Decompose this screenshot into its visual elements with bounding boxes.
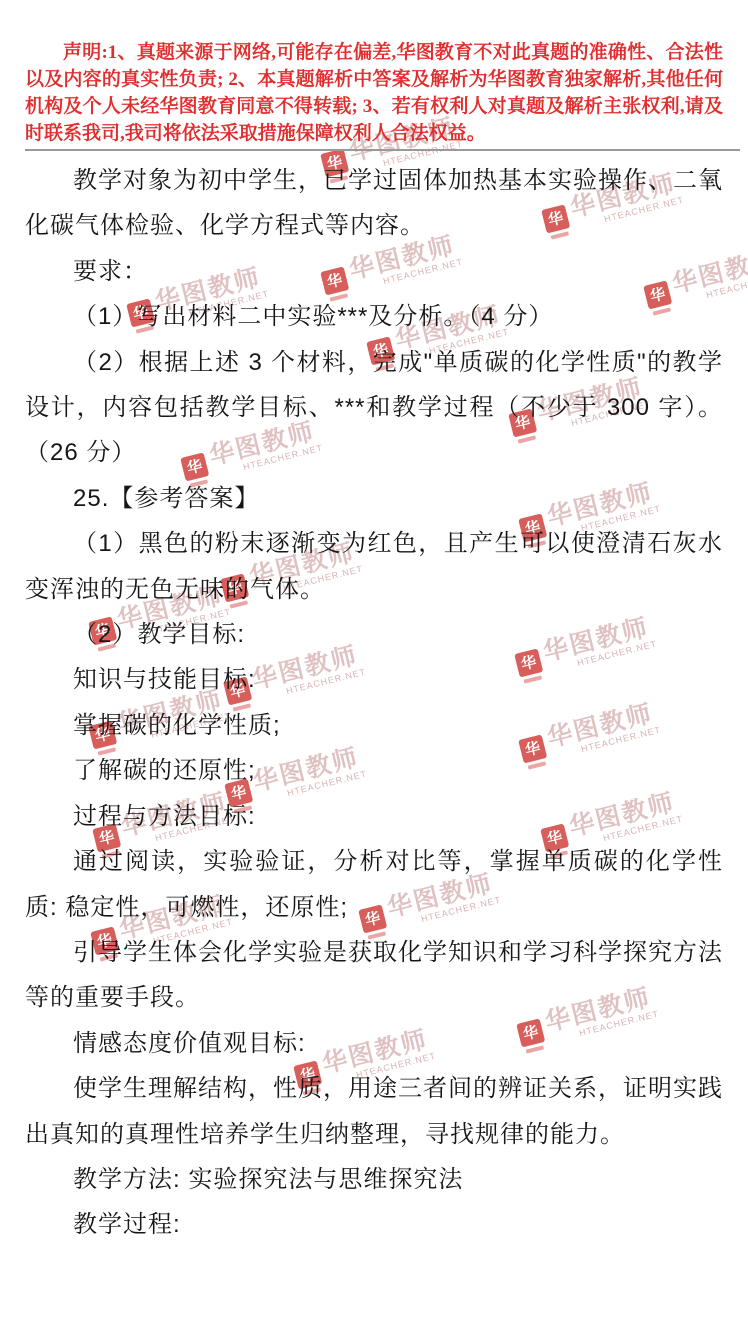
- document-body: 声明:1、真题来源于网络,可能存在偏差,华图教育不对此真题的准确性、合法性以及内…: [0, 39, 748, 1248]
- para-teaching-method: 教学方法: 实验探究法与思维探究法: [25, 1157, 723, 1202]
- disclaimer: 声明:1、真题来源于网络,可能存在偏差,华图教育不对此真题的准确性、合法性以及内…: [25, 39, 723, 147]
- para-teaching-audience: 教学对象为初中学生，已学过固体加热基本实验操作、二氧化碳气体检验、化学方程式等内…: [25, 158, 723, 249]
- para-process-method-goal: 过程与方法目标:: [25, 794, 723, 839]
- disclaimer-text: 1、真题来源于网络,可能存在偏差,华图教育不对此真题的准确性、合法性以及内容的真…: [25, 42, 723, 144]
- para-method-detail: 通过阅读，实验验证，分析对比等，掌握单质碳的化学性质: 稳定性，可燃性，还原性;: [25, 839, 723, 930]
- para-answer-1: （1）黑色的粉末逐渐变为红色，且产生可以使澄清石灰水变浑浊的无色无味的气体。: [25, 521, 723, 612]
- para-requirements-heading: 要求：: [25, 249, 723, 294]
- para-knowledge-skill-goal: 知识与技能目标:: [25, 657, 723, 702]
- disclaimer-label: 声明:: [63, 42, 108, 63]
- para-requirement-2: （2）根据上述 3 个材料，完成"单质碳的化学性质"的教学设计，内容包括教学目标…: [25, 340, 723, 476]
- para-goal-master-properties: 掌握碳的化学性质;: [25, 703, 723, 748]
- para-goal-reducibility: 了解碳的还原性;: [25, 748, 723, 793]
- para-emotion-goal: 情感态度价值观目标:: [25, 1021, 723, 1066]
- document-page: 华 华图教师 HTEACHER.NET 华 华图教师 HTEACHER.NET …: [0, 0, 748, 1335]
- divider: [25, 149, 740, 151]
- para-guide-students: 引导学生体会化学实验是获取化学知识和学习科学探究方法等的重要手段。: [25, 930, 723, 1021]
- para-teaching-process: 教学过程:: [25, 1202, 723, 1247]
- para-requirement-1: （1）写出材料二中实验***及分析。（4 分）: [25, 294, 723, 339]
- para-answer-heading: 25.【参考答案】: [25, 476, 723, 521]
- para-emotion-detail: 使学生理解结构，性质，用途三者间的辨证关系，证明实践出真知的真理性培养学生归纳整…: [25, 1066, 723, 1157]
- para-teaching-goals: （2）教学目标:: [25, 612, 723, 657]
- content: 教学对象为初中学生，已学过固体加热基本实验操作、二氧化碳气体检验、化学方程式等内…: [25, 158, 723, 1248]
